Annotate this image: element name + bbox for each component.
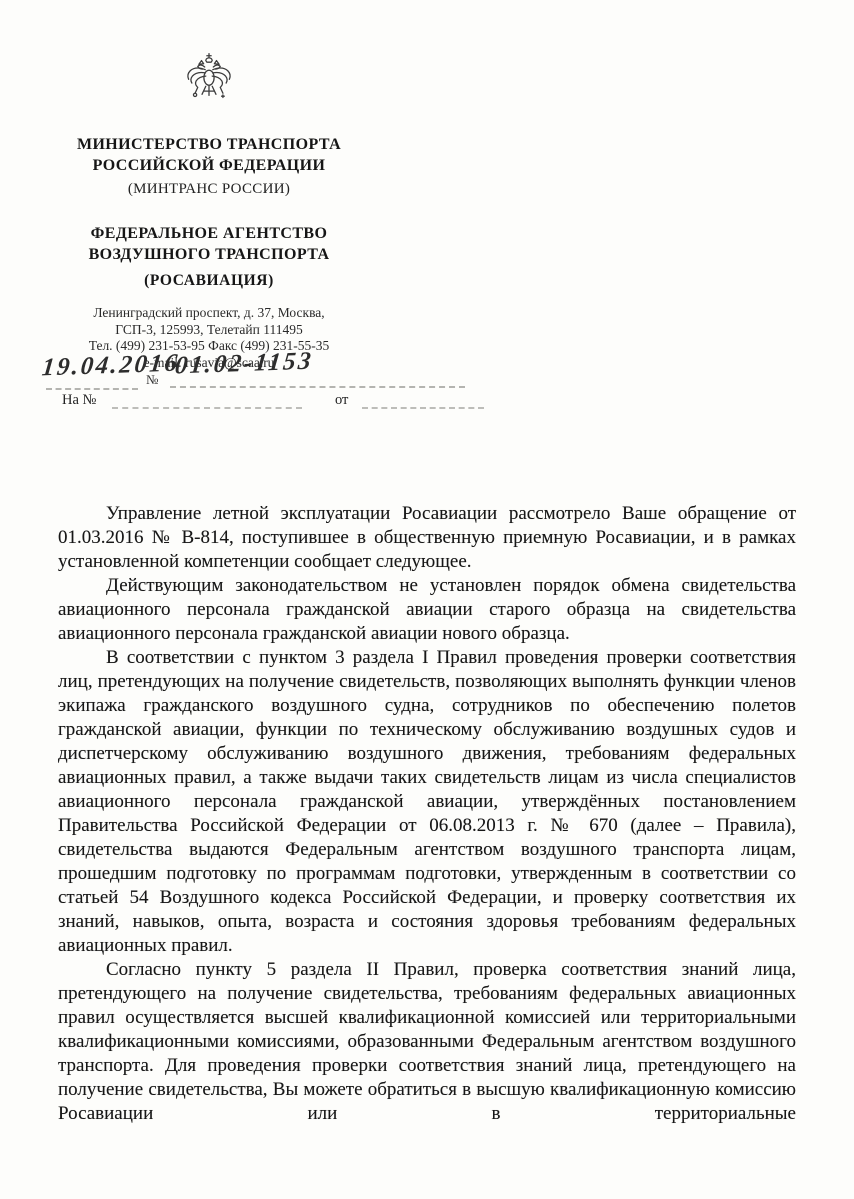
ot-date-blank-line bbox=[362, 407, 484, 409]
letter-body: Управление летной эксплуатации Росавиаци… bbox=[58, 502, 796, 1126]
address-postal: ГСП-3, 125993, Телетайп 111495 bbox=[48, 322, 370, 339]
agency-name-line2: ВОЗДУШНОГО ТРАНСПОРТА bbox=[48, 244, 370, 265]
na-number-blank-line bbox=[112, 407, 302, 409]
agency-short-name: (РОСАВИАЦИЯ) bbox=[48, 272, 370, 290]
spacer bbox=[48, 199, 370, 223]
handwritten-outgoing-number: 01.02-1153 bbox=[174, 348, 315, 381]
address-street: Ленинградский проспект, д. 37, Москва, bbox=[48, 305, 370, 322]
handwritten-date: 19.04.2016 bbox=[41, 350, 181, 383]
na-number-label: На № bbox=[62, 392, 96, 409]
incoming-reference-line: На № от bbox=[62, 392, 482, 414]
agency-name-line1: ФЕДЕРАЛЬНОЕ АГЕНТСТВО bbox=[48, 223, 370, 244]
paragraph-2: Действующим законодательством не установ… bbox=[58, 574, 796, 646]
date-blank-line bbox=[46, 388, 138, 390]
number-sign-label: № bbox=[146, 372, 158, 388]
spacer bbox=[48, 265, 370, 272]
ministry-short-name: (МИНТРАНС РОССИИ) bbox=[48, 179, 370, 199]
ministry-name-line2: РОССИЙСКОЙ ФЕДЕРАЦИИ bbox=[48, 155, 370, 176]
paragraph-4: Согласно пункту 5 раздела II Правил, про… bbox=[58, 958, 796, 1126]
letterhead: МИНИСТЕРСТВО ТРАНСПОРТА РОССИЙСКОЙ ФЕДЕР… bbox=[48, 52, 370, 371]
outgoing-reference-line: 19.04.2016 № 01.02-1153 bbox=[40, 350, 470, 396]
paragraph-3: В соответствии с пунктом 3 раздела I Пра… bbox=[58, 646, 796, 958]
paragraph-1: Управление летной эксплуатации Росавиаци… bbox=[58, 502, 796, 574]
ot-date-label: от bbox=[335, 392, 348, 409]
ministry-name-line1: МИНИСТЕРСТВО ТРАНСПОРТА bbox=[48, 134, 370, 155]
number-blank-line bbox=[170, 386, 465, 388]
scanned-letter-page: МИНИСТЕРСТВО ТРАНСПОРТА РОССИЙСКОЙ ФЕДЕР… bbox=[0, 0, 854, 1199]
russia-coat-of-arms-icon bbox=[182, 52, 236, 112]
